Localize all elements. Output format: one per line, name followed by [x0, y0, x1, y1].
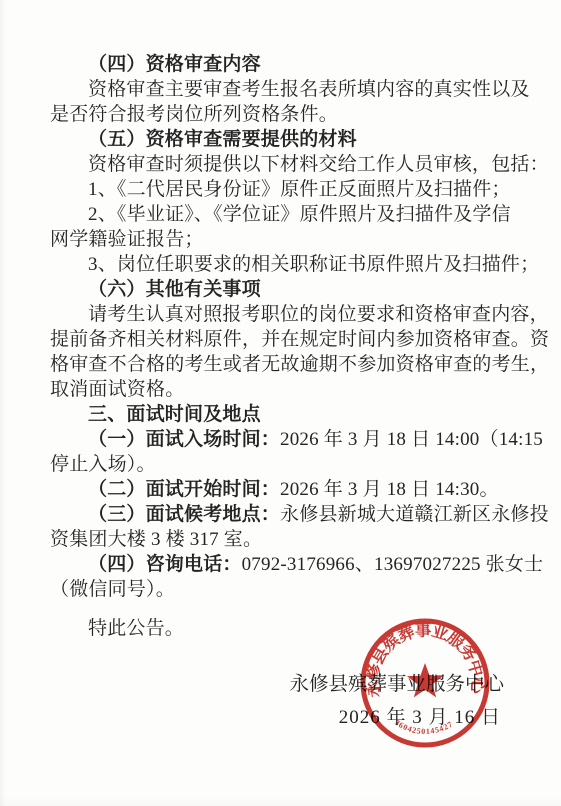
notice-line: 是否符合报考岗位所列资格条件。	[50, 102, 514, 127]
notice-line: 2、《毕业证》、《学位证》原件照片及扫描件及学信	[50, 202, 514, 227]
notice-line: 取消面试资格。	[50, 377, 514, 402]
notice-line: （六）其他有关事项	[50, 277, 514, 302]
notice-line: 停止入场）。	[50, 452, 514, 477]
notice-line: （二）面试开始时间：2026 年 3 月 18 日 14:30。	[50, 477, 514, 502]
notice-line: 资格审查时须提供以下材料交给工作人员审核，包括：	[50, 152, 514, 177]
official-seal: 永修县殡葬事业服务中心 3604250145427	[357, 615, 493, 751]
notice-line: 3、岗位任职要求的相关职称证书原件照片及扫描件；	[50, 252, 514, 277]
red-star-icon	[407, 663, 443, 697]
notice-page: （四）资格审查内容资格审查主要审查考生报名表所填内容的真实性以及是否符合报考岗位…	[0, 0, 561, 806]
notice-line: 请考生认真对照报考职位的岗位要求和资格审查内容，	[50, 302, 514, 327]
notice-line: 三、面试时间及地点	[50, 402, 514, 427]
notice-line: 资格审查主要审查考生报名表所填内容的真实性以及	[50, 77, 514, 102]
notice-line: 格审查不合格的考生或者无故逾期不参加资格审查的考生，	[50, 352, 514, 377]
notice-line: 网学籍验证报告；	[50, 227, 514, 252]
notice-line: （微信同号）。	[50, 577, 514, 602]
notice-line: （三）面试候考地点：永修县新城大道赣江新区永修投	[50, 502, 514, 527]
notice-line: （五）资格审查需要提供的材料	[50, 127, 514, 152]
notice-line: 提前备齐相关材料原件，并在规定时间内参加资格审查。资	[50, 327, 514, 352]
seal-code: 3604250145427	[393, 718, 454, 736]
notice-line: 资集团大楼 3 楼 317 室。	[50, 527, 514, 552]
notice-line: （一）面试入场时间：2026 年 3 月 18 日 14:00（14:15	[50, 427, 514, 452]
notice-body: （四）资格审查内容资格审查主要审查考生报名表所填内容的真实性以及是否符合报考岗位…	[50, 52, 514, 641]
notice-line: （四）资格审查内容	[50, 52, 514, 77]
notice-line: 1、《二代居民身份证》原件正反面照片及扫描件；	[50, 177, 514, 202]
notice-line: （四）咨询电话：0792-3176966、13697027225 张女士	[50, 552, 514, 577]
